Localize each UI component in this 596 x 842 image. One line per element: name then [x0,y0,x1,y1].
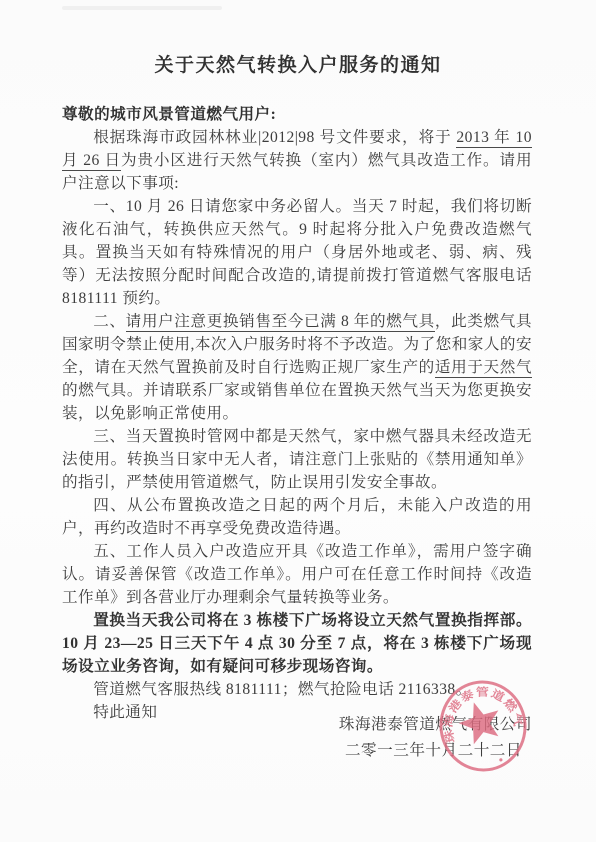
paragraph: 置换当天我公司将在 3 栋楼下广场将设立天然气置换指挥部。10 月 23—25 … [62,609,532,678]
underlined-text: 请用户注意更换销售至今已满 8 年的燃气具 [126,313,435,332]
paragraph: 五、工作人员入户改造应开具《改造工作单》，需用户签字确认。请妥善保管《改造工作单… [62,540,532,609]
text-segment: 置换当天我公司将在 3 栋楼下广场将设立天然气置换指挥部。10 月 23—25 … [62,612,532,675]
text-segment: 一、10 月 26 日请您家中务必留人。当天 7 时起，我们将切断液化石油气，转… [62,198,532,307]
scan-artifact [62,6,222,10]
paragraph: 二、请用户注意更换销售至今已满 8 年的燃气具，此类燃气具国家明令禁止使用,本次… [62,310,532,425]
text-segment: 四、从公布置换改造之日起的两个月后，未能入户改造的用户，再约改造时不再享受免费改… [62,497,532,537]
paragraph: 根据珠海市政园林林业|2012|98 号文件要求，将于 2013 年 10 月 … [62,126,532,195]
signature-date: 二零一三年十月二十二日 [339,738,532,764]
document-body: 尊敬的城市风景管道燃气用户: 根据珠海市政园林林业|2012|98 号文件要求，… [62,103,532,724]
text-segment: 特此通知 [93,704,157,721]
scanned-notice-page: 关于天然气转换入户服务的通知 尊敬的城市风景管道燃气用户: 根据珠海市政园林林业… [0,0,596,842]
underlined-text: 适用于天然气 [435,359,532,378]
text-segment: 五、工作人员入户改造应开具《改造工作单》，需用户签字确认。请妥善保管《改造工作单… [62,543,532,606]
text-segment: 二、 [93,313,125,330]
text-segment: 为贵小区进行天然气转换（室内）燃气具改造工作。请用户注意以下事项: [62,152,532,192]
text-segment: 的燃气具。并请联系厂家或销售单位在置换天然气当天为您更换安装，以免影响正常使用。 [62,382,532,422]
salutation-line: 尊敬的城市风景管道燃气用户: [62,103,532,126]
text-segment: 管道燃气客服热线 8181111；燃气抢险电话 2116338。 [93,681,472,698]
document-title: 关于天然气转换入户服务的通知 [0,50,596,77]
signature-block: 珠海港泰管道燃气有限公司 二零一三年十月二十二日 [339,712,532,764]
company-name: 珠海港泰管道燃气有限公司 [339,712,532,738]
text-segment: 三、当天置换时管网中都是天然气，家中燃气器具未经改造无法使用。转换当日家中无人者… [62,428,532,491]
paragraph: 三、当天置换时管网中都是天然气，家中燃气器具未经改造无法使用。转换当日家中无人者… [62,425,532,494]
paragraph: 一、10 月 26 日请您家中务必留人。当天 7 时起，我们将切断液化石油气，转… [62,195,532,310]
paragraph: 管道燃气客服热线 8181111；燃气抢险电话 2116338。 [62,678,532,701]
paragraph: 四、从公布置换改造之日起的两个月后，未能入户改造的用户，再约改造时不再享受免费改… [62,494,532,540]
text-segment: 根据珠海市政园林林业|2012|98 号文件要求，将于 [93,129,456,146]
